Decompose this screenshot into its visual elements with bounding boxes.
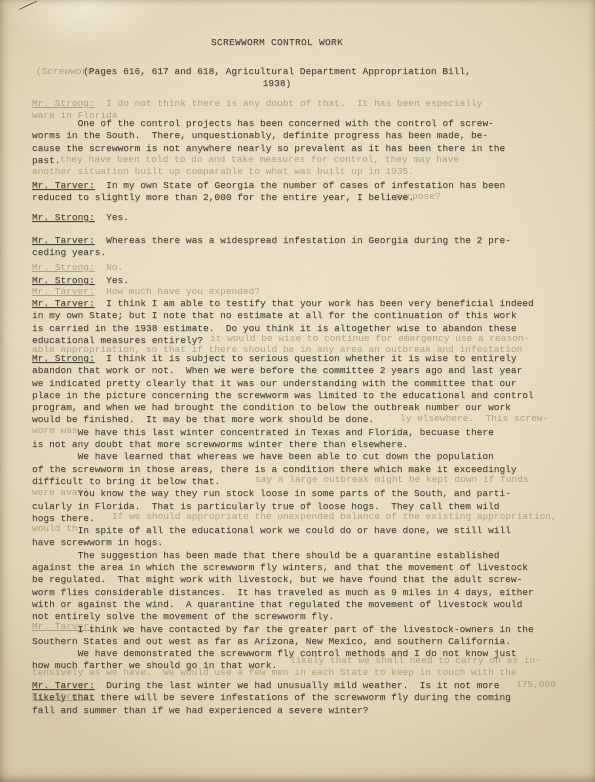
speaker-name: Mr. Tarver: <box>32 235 95 246</box>
scanned-document-page: (ScrewwormMr. Strong: I do not think the… <box>0 0 595 782</box>
line-text: likely that there will be severe infesta… <box>32 692 511 703</box>
speaker-block-tarver: Mr. Tarver: In my own State of Georgia t… <box>32 180 544 205</box>
text-line: abandon that work or not. When we were b… <box>32 365 544 377</box>
line-text: would be finished. It may be that more w… <box>32 414 374 425</box>
line-text: with or against the wind. A quarantine t… <box>32 599 522 610</box>
line-text: have screwworm in hogs. <box>32 537 163 548</box>
line-text: past. <box>32 155 61 166</box>
text-line: not entirely solve the movement of the s… <box>32 611 544 623</box>
speaker-name: Mr. Strong: <box>32 212 95 223</box>
text-line: Mr. Strong: I think it is subject to ser… <box>32 353 544 365</box>
text-line: Mr. Tarver: During the last winter we ha… <box>32 680 544 692</box>
text-line: of the screwworm in those areas, there i… <box>32 464 544 476</box>
line-text: in my own State; but I note that no esti… <box>32 310 517 321</box>
speaker-block-strong: Mr. Strong: Yes. <box>32 212 544 224</box>
line-text: program, and when we had brought the con… <box>32 402 511 413</box>
text-line: how much farther we should go in that wo… <box>32 660 544 672</box>
line-text: how much farther we should go in that wo… <box>32 660 277 671</box>
narrative-paragraph: One of the control projects has been con… <box>32 118 544 167</box>
line-text: difficult to bring it below that. <box>32 476 220 487</box>
text-line: hogs there. <box>32 513 544 525</box>
line-text: Yes. <box>95 212 129 223</box>
text-line: place in the picture concerning the scre… <box>32 390 544 402</box>
line-text: Whereas there was a widespread infestati… <box>95 235 511 246</box>
speaker-block-tarver: Mr. Tarver: During the last winter we ha… <box>32 680 544 717</box>
text-line: Mr. Strong: Yes. <box>32 212 544 224</box>
text-line: (Pages 616, 617 and 618, Agricultural De… <box>32 66 522 78</box>
line-text: 1938) <box>263 78 292 89</box>
line-text: We have demonstrated the screwworm fly c… <box>32 648 517 659</box>
text-line: SCREWWORM CONTROL WORK <box>32 37 522 49</box>
line-text: is carried in the 1938 estimate. Do you … <box>32 323 517 334</box>
text-line: in my own State; but I note that no esti… <box>32 310 544 322</box>
line-text: we indicated pretty clearly that it was … <box>32 378 517 389</box>
line-text: The suggestion has been made that there … <box>32 550 499 561</box>
line-text: educational measures entirely? <box>32 335 203 346</box>
text-line: We have demonstrated the screwworm fly c… <box>32 648 544 660</box>
typed-text-layer: SCREWWORM CONTROL WORK(Pages 616, 617 an… <box>0 0 595 782</box>
text-line: have screwworm in hogs. <box>32 537 544 549</box>
line-text: In spite of all the educational work we … <box>32 525 511 536</box>
line-text: worms in the South. There, unquestionabl… <box>32 130 488 141</box>
text-line: against the area in which the screwworm … <box>32 562 544 574</box>
document-subtitle: (Pages 616, 617 and 618, Agricultural De… <box>32 66 522 91</box>
line-text: place in the picture concerning the scre… <box>32 390 534 401</box>
line-text: In my own State of Georgia the number of… <box>95 180 505 191</box>
line-text: be regulated. That might work with lives… <box>32 574 522 585</box>
text-line: Mr. Strong: Yes. <box>32 275 544 287</box>
text-line: Mr. Tarver: Whereas there was a widespre… <box>32 235 544 247</box>
line-text: Yes. <box>95 275 129 286</box>
text-line: educational measures entirely? <box>32 335 544 347</box>
line-text: cularly in Florida. That is particularly… <box>32 501 499 512</box>
line-text: against the area in which the screwworm … <box>32 562 528 573</box>
text-line: worm flies considerable distances. It ha… <box>32 587 544 599</box>
line-text: reduced to slightly more than 2,000 for … <box>32 192 414 203</box>
text-line: would be finished. It may be that more w… <box>32 414 544 426</box>
speaker-name: Mr. Tarver: <box>32 180 95 191</box>
text-line: is not any doubt that more screwworms wi… <box>32 439 544 451</box>
text-line: likely that there will be severe infesta… <box>32 692 544 704</box>
line-text: of the screwworm in those areas, there i… <box>32 464 517 475</box>
line-text: not entirely solve the movement of the s… <box>32 611 334 622</box>
line-text: You know the way they run stock loose in… <box>32 488 511 499</box>
line-text: abandon that work or not. When we were b… <box>32 365 522 376</box>
text-line: The suggestion has been made that there … <box>32 550 544 562</box>
text-line: ceding years. <box>32 247 544 259</box>
text-line: We have learned that whereas we have bee… <box>32 451 544 463</box>
speaker-name: Mr. Strong: <box>32 353 95 364</box>
speaker-block-tarver: Mr. Tarver: Whereas there was a widespre… <box>32 235 544 260</box>
text-line: You know the way they run stock loose in… <box>32 488 544 500</box>
line-text: is not any doubt that more screwworms wi… <box>32 439 408 450</box>
text-line: is carried in the 1938 estimate. Do you … <box>32 323 544 335</box>
text-line: cause the screwworm is not anywhere near… <box>32 143 544 155</box>
text-line: past. <box>32 155 544 167</box>
text-line: be regulated. That might work with lives… <box>32 574 544 586</box>
text-line: In spite of all the educational work we … <box>32 525 544 537</box>
text-line: Mr. Tarver: In my own State of Georgia t… <box>32 180 544 192</box>
speaker-block-strong: Mr. Strong: I think it is subject to ser… <box>32 353 544 673</box>
text-line: I think we have contacted by far the gre… <box>32 624 544 636</box>
document-title: SCREWWORM CONTROL WORK <box>32 37 522 49</box>
line-text: cause the screwworm is not anywhere near… <box>32 143 505 154</box>
line-text: SCREWWORM CONTROL WORK <box>211 37 343 48</box>
text-line: reduced to slightly more than 2,000 for … <box>32 192 544 204</box>
speaker-name: Mr. Strong: <box>32 275 95 286</box>
line-text: ceding years. <box>32 247 106 258</box>
speaker-block-tarver: Mr. Tarver: I think I am able to testify… <box>32 298 544 347</box>
line-text: During the last winter we had unusually … <box>95 680 500 691</box>
text-line: Southern States and out west as far as A… <box>32 636 544 648</box>
speaker-name: Mr. Tarver: <box>32 680 95 691</box>
line-text: One of the control projects has been con… <box>32 118 494 129</box>
speaker-name: Mr. Tarver: <box>32 298 95 309</box>
text-line: cularly in Florida. That is particularly… <box>32 501 544 513</box>
text-line: fall and summer than if we had experienc… <box>32 705 544 717</box>
text-line: 1938) <box>32 78 522 90</box>
line-text: (Pages 616, 617 and 618, Agricultural De… <box>83 66 471 77</box>
text-line: worms in the South. There, unquestionabl… <box>32 130 544 142</box>
text-line: We have this last winter concentrated in… <box>32 427 544 439</box>
speaker-block-strong: Mr. Strong: Yes. <box>32 275 544 287</box>
line-text: I think I am able to testify that your w… <box>95 298 534 309</box>
text-line: One of the control projects has been con… <box>32 118 544 130</box>
text-line: difficult to bring it below that. <box>32 476 544 488</box>
line-text: We have this last winter concentrated in… <box>32 427 494 438</box>
text-line: program, and when we had brought the con… <box>32 402 544 414</box>
line-text: hogs there. <box>32 513 95 524</box>
text-line: with or against the wind. A quarantine t… <box>32 599 544 611</box>
line-text: fall and summer than if we had experienc… <box>32 705 368 716</box>
line-text: Southern States and out west as far as A… <box>32 636 511 647</box>
line-text: We have learned that whereas we have bee… <box>32 451 494 462</box>
line-text: I think it is subject to serious questio… <box>95 353 517 364</box>
text-line: Mr. Tarver: I think I am able to testify… <box>32 298 544 310</box>
line-text: I think we have contacted by far the gre… <box>32 624 534 635</box>
text-line: we indicated pretty clearly that it was … <box>32 378 544 390</box>
line-text: worm flies considerable distances. It ha… <box>32 587 534 598</box>
